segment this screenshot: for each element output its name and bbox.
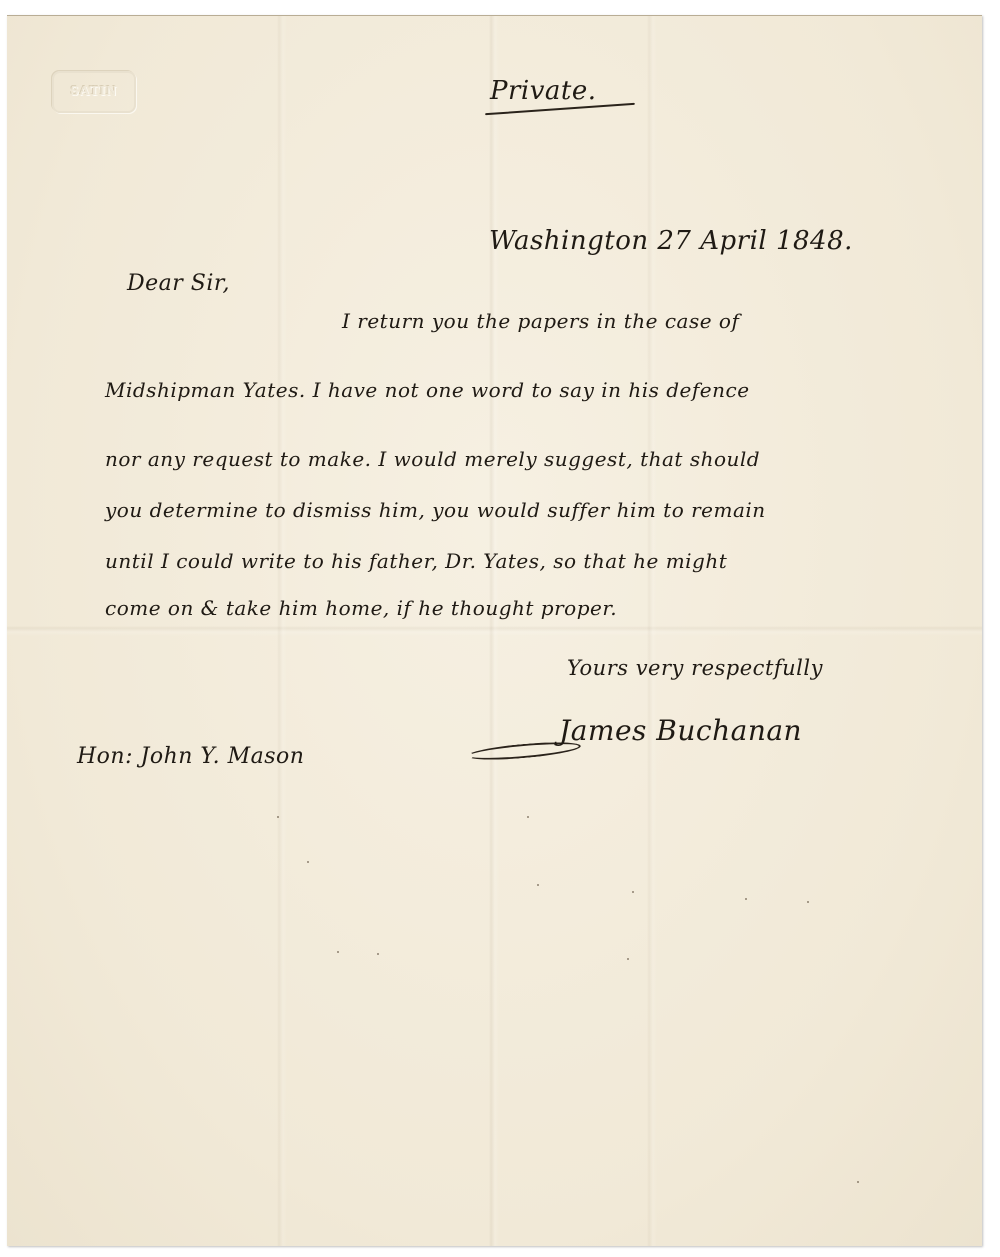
letter-addressee: Hon: John Y. Mason xyxy=(77,744,304,769)
letter-body-line: until I could write to his father, Dr. Y… xyxy=(105,549,727,573)
ink-speckle xyxy=(277,816,279,818)
ink-speckle xyxy=(857,1181,859,1183)
satin-emboss-stamp: SATIN xyxy=(52,71,136,113)
letter-body-line: I return you the papers in the case of xyxy=(342,309,739,333)
letter-body-line: Midshipman Yates. I have not one word to… xyxy=(105,378,750,402)
ink-speckle xyxy=(537,884,539,886)
ink-speckle xyxy=(632,891,634,893)
ink-speckle xyxy=(627,958,629,960)
ink-speckle xyxy=(745,898,747,900)
letter-closing: Yours very respectfully xyxy=(567,656,823,680)
letter-dateline: Washington 27 April 1848. xyxy=(489,226,853,256)
letter-body-line: nor any request to make. I would merely … xyxy=(105,447,760,471)
ink-speckle xyxy=(337,951,339,953)
ink-speckle xyxy=(377,953,379,955)
ink-speckle xyxy=(807,901,809,903)
letter-paper: SATIN Private. Washington 27 April 1848.… xyxy=(7,15,982,1246)
letter-heading-private: Private. xyxy=(490,76,597,106)
letter-body-line: you determine to dismiss him, you would … xyxy=(105,498,766,522)
emboss-stamp-text: SATIN xyxy=(71,84,118,100)
letter-salutation: Dear Sir, xyxy=(127,271,230,296)
ink-speckle xyxy=(527,816,529,818)
letter-body-line: come on & take him home, if he thought p… xyxy=(105,596,617,620)
letter-signature: James Buchanan xyxy=(559,714,802,747)
ink-speckle xyxy=(307,861,309,863)
